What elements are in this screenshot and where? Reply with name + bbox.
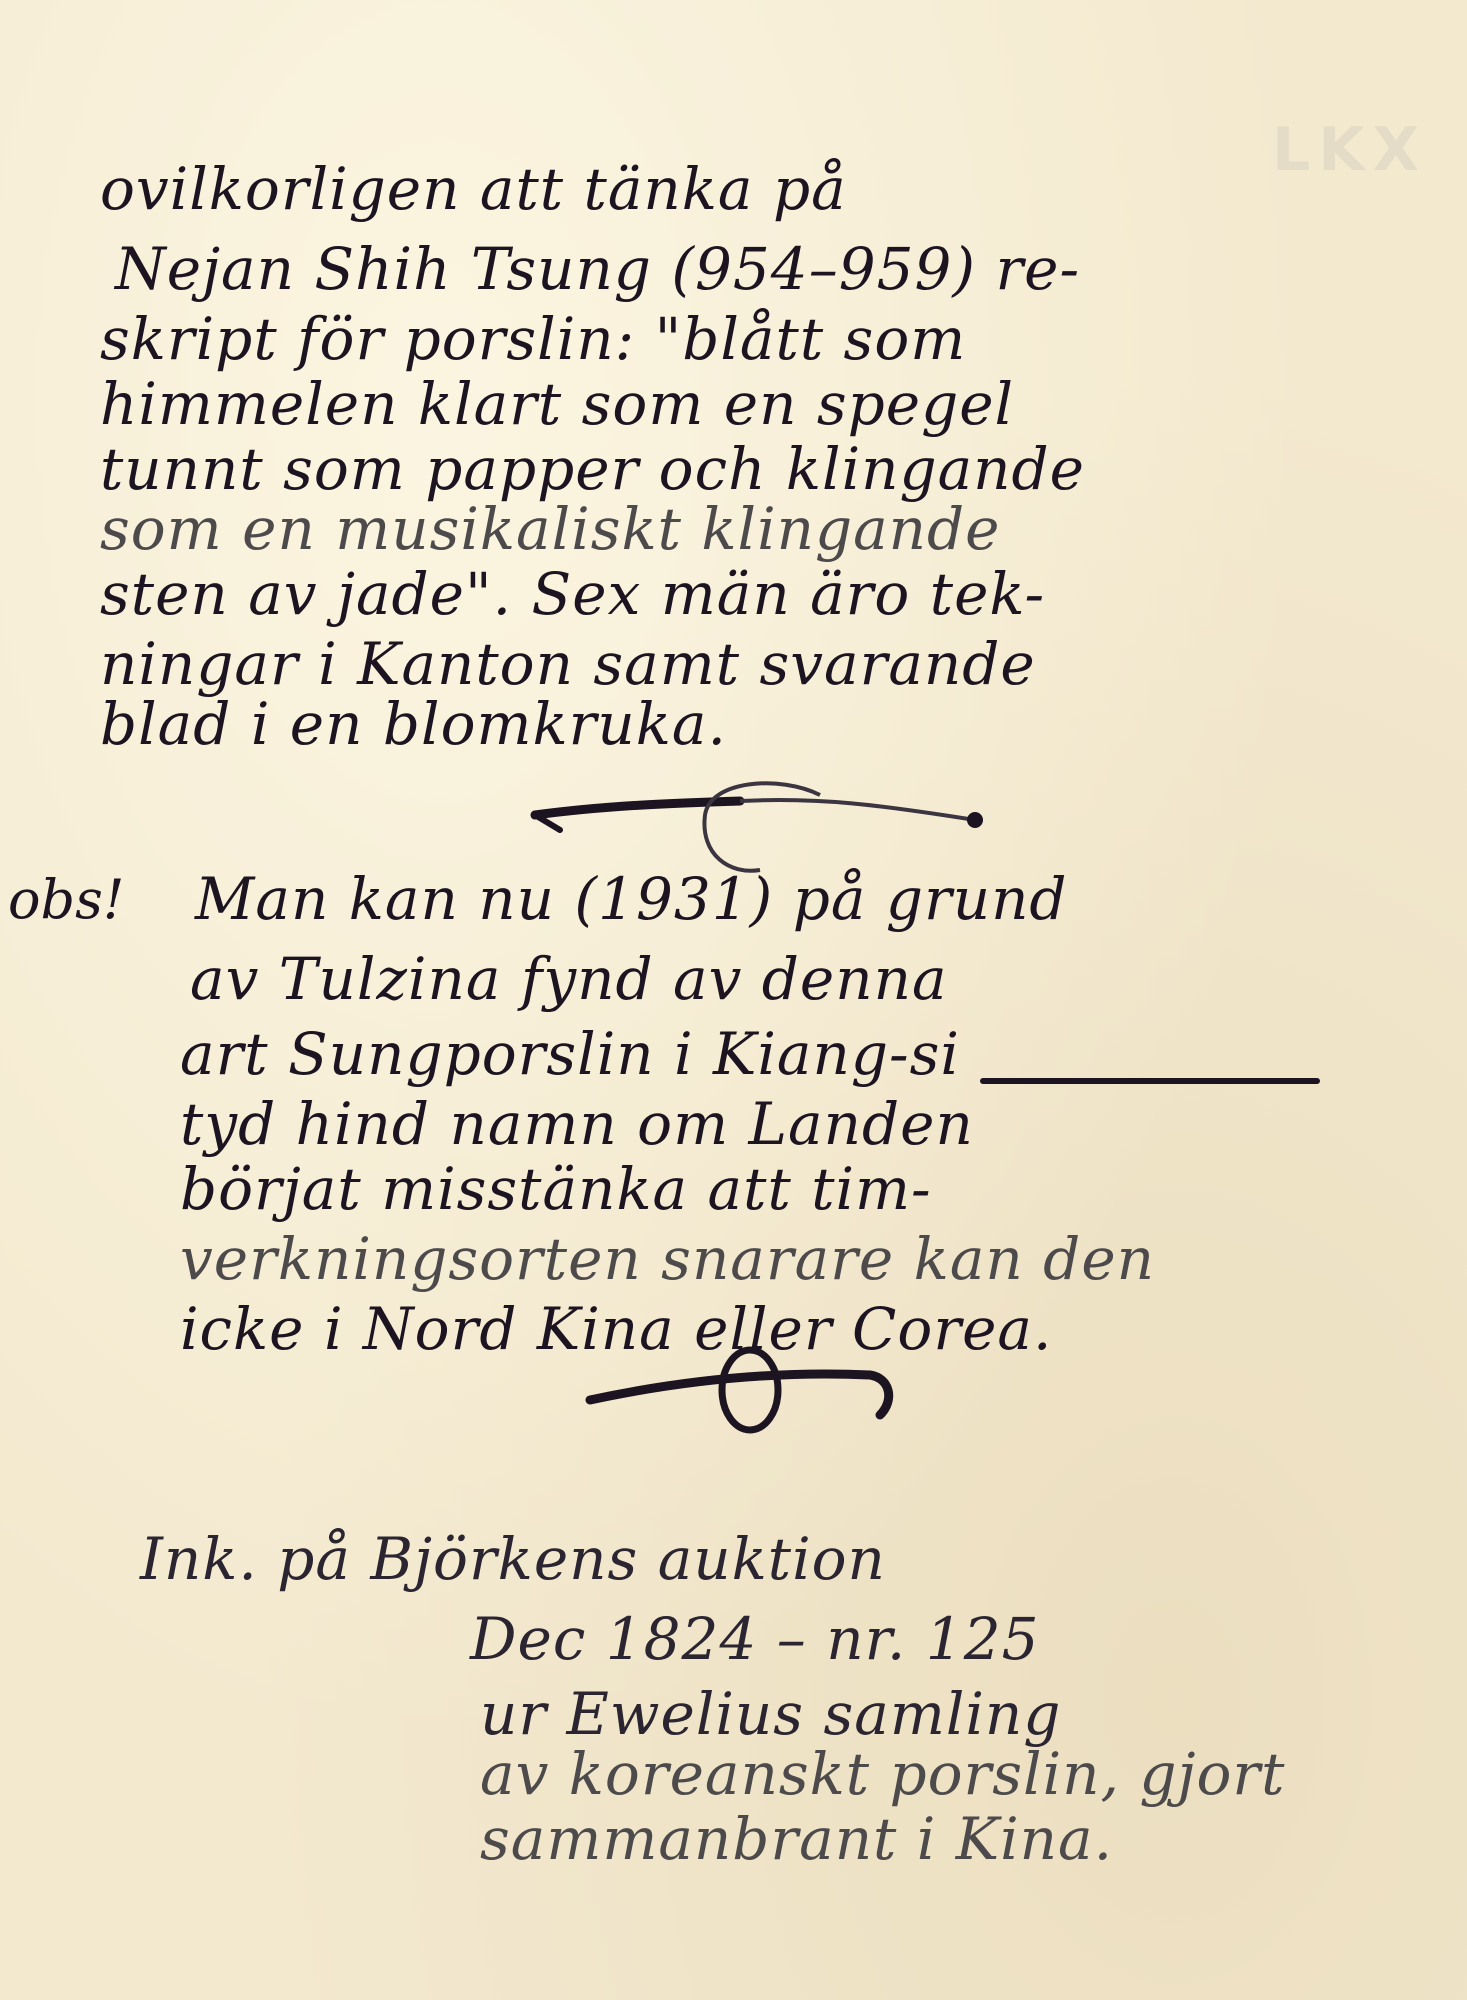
manuscript-page: LKX ovilkorligen att tänka på Nejan Shih… [0,0,1467,2000]
paragraph-1-line-1: ovilkorligen att tänka på [100,160,847,218]
paragraph-2-line-5: börjat misstänka att tim- [180,1160,932,1218]
paragraph-1-line-4: himmelen klart som en spegel [100,375,1014,433]
paragraph-2-line-4: tyd hind namn om Landen [180,1095,974,1153]
paragraph-2-line-1: Man kan nu (1931) på grund [195,870,1068,928]
paragraph-3-line-4: av koreanskt porslin, gjort [480,1745,1285,1803]
paragraph-1-line-3: skript för porslin: "blått som [100,310,966,368]
paragraph-1-line-9: blad i en blomkruka. [100,695,727,753]
paragraph-2-line-3: art Sungporslin i Kiang-si [180,1025,960,1083]
paragraph-3-line-3: ur Ewelius samling [480,1685,1061,1743]
paragraph-1-line-2: Nejan Shih Tsung (954–959) re- [115,240,1080,298]
paragraph-3-line-1: Ink. på Björkens auktion [140,1530,886,1588]
underline-kiang-si [980,1078,1320,1084]
paragraph-2-line-6: verkningsorten snarare kan den [180,1230,1155,1288]
paragraph-3-line-5: sammanbrant i Kina. [480,1810,1113,1868]
paragraph-1-line-8: ningar i Kanton samt svarande [100,635,1036,693]
paragraph-3-line-2: Dec 1824 – nr. 125 [470,1610,1040,1668]
paragraph-1-line-7: sten av jade". Sex män äro tek- [100,565,1045,623]
paragraph-2-line-2: av Tulzina fynd av denna [190,950,948,1008]
flourish-divider-bottom-icon [580,1340,910,1440]
bleed-through-text: LKX [1272,115,1427,185]
paragraph-1-line-6: som en musikaliskt klingande [100,500,1001,558]
margin-note-obs: obs! [8,868,125,931]
paragraph-1-line-5: tunnt som papper och klingande [100,440,1085,498]
